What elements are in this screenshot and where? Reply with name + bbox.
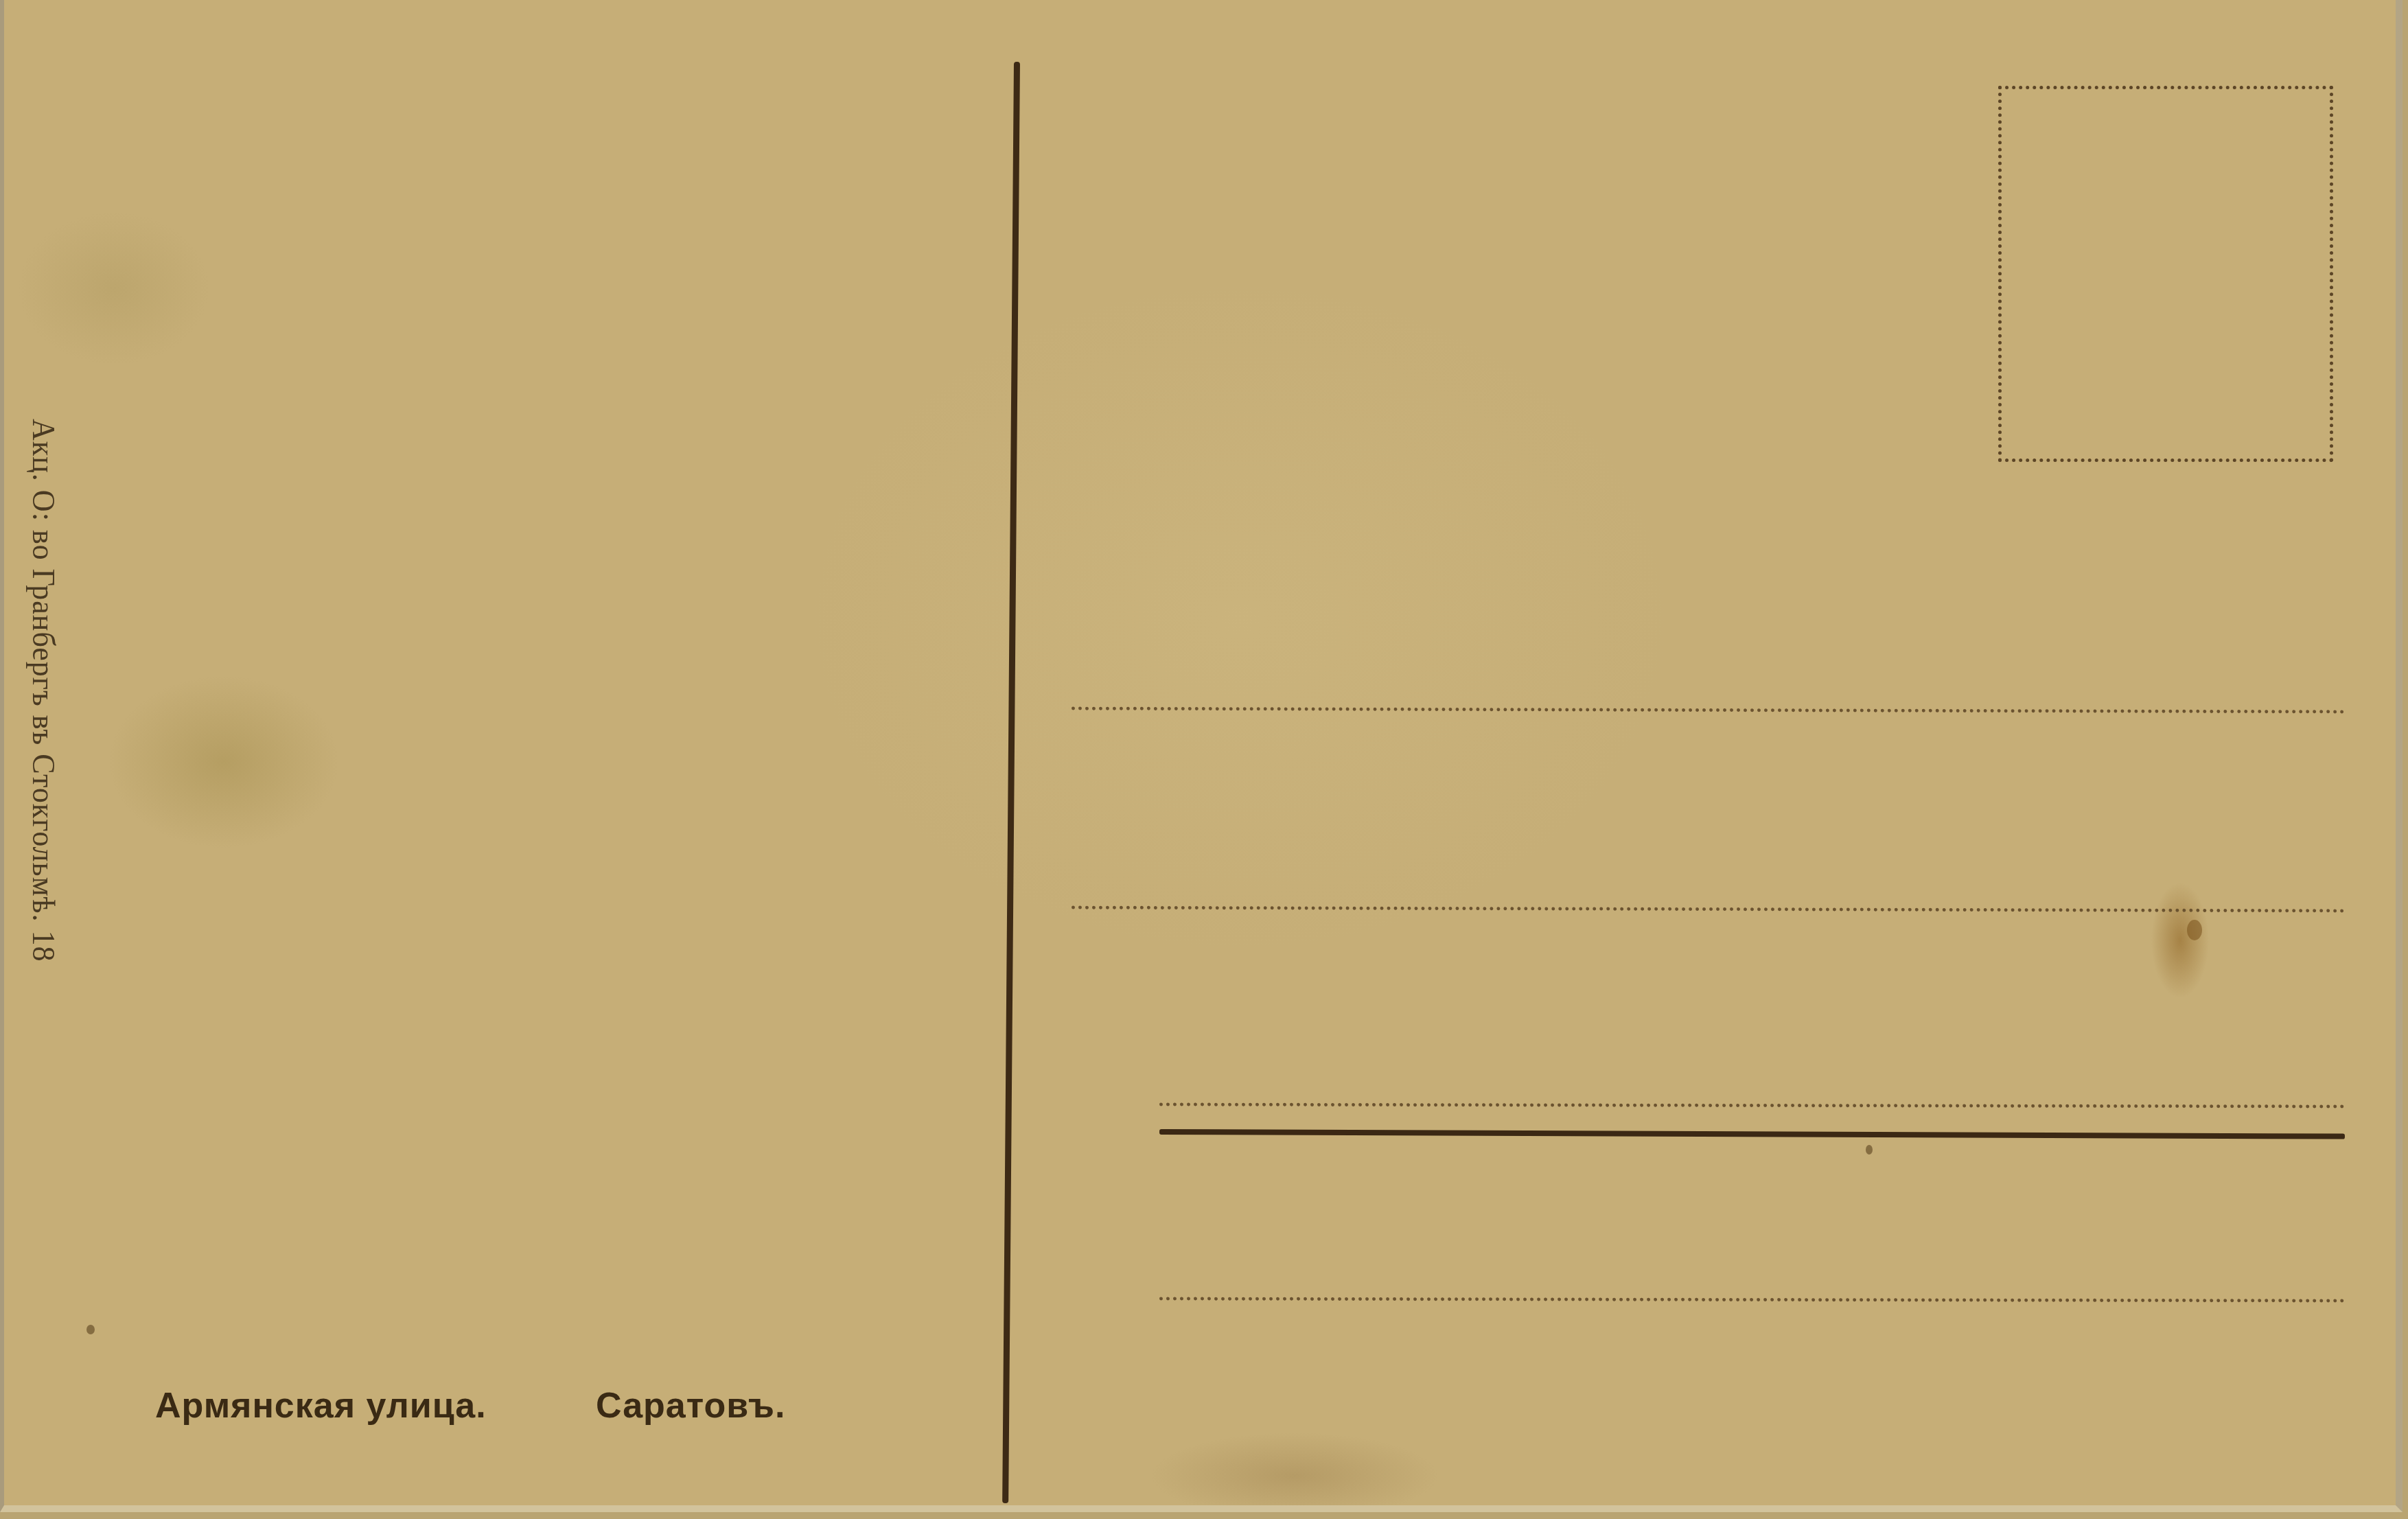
caption-city: Саратовъ. bbox=[596, 1385, 785, 1426]
address-line-2 bbox=[1072, 906, 2345, 913]
address-line-1 bbox=[1072, 707, 2345, 714]
postcard-back: Акц. О: во Гранбергъ въ Стокгольмѣ. 18 А… bbox=[0, 0, 2403, 1512]
message-address-divider bbox=[1002, 62, 1020, 1503]
stain-spot bbox=[2187, 920, 2202, 940]
publisher-imprint-text: Акц. О: во Гранбергъ въ Стокгольмѣ. 18 bbox=[25, 419, 62, 962]
address-underline-solid bbox=[1159, 1129, 2345, 1139]
address-line-4 bbox=[1159, 1297, 2345, 1302]
caption-street: Армянская улица. bbox=[155, 1385, 487, 1426]
publisher-imprint: Акц. О: во Гранбергъ въ Стокгольмѣ. 18 bbox=[25, 419, 62, 1146]
ink-speck bbox=[86, 1325, 95, 1334]
stamp-placement-box bbox=[1998, 86, 2333, 462]
ink-speck bbox=[1866, 1145, 1873, 1155]
address-line-3 bbox=[1159, 1102, 2345, 1108]
